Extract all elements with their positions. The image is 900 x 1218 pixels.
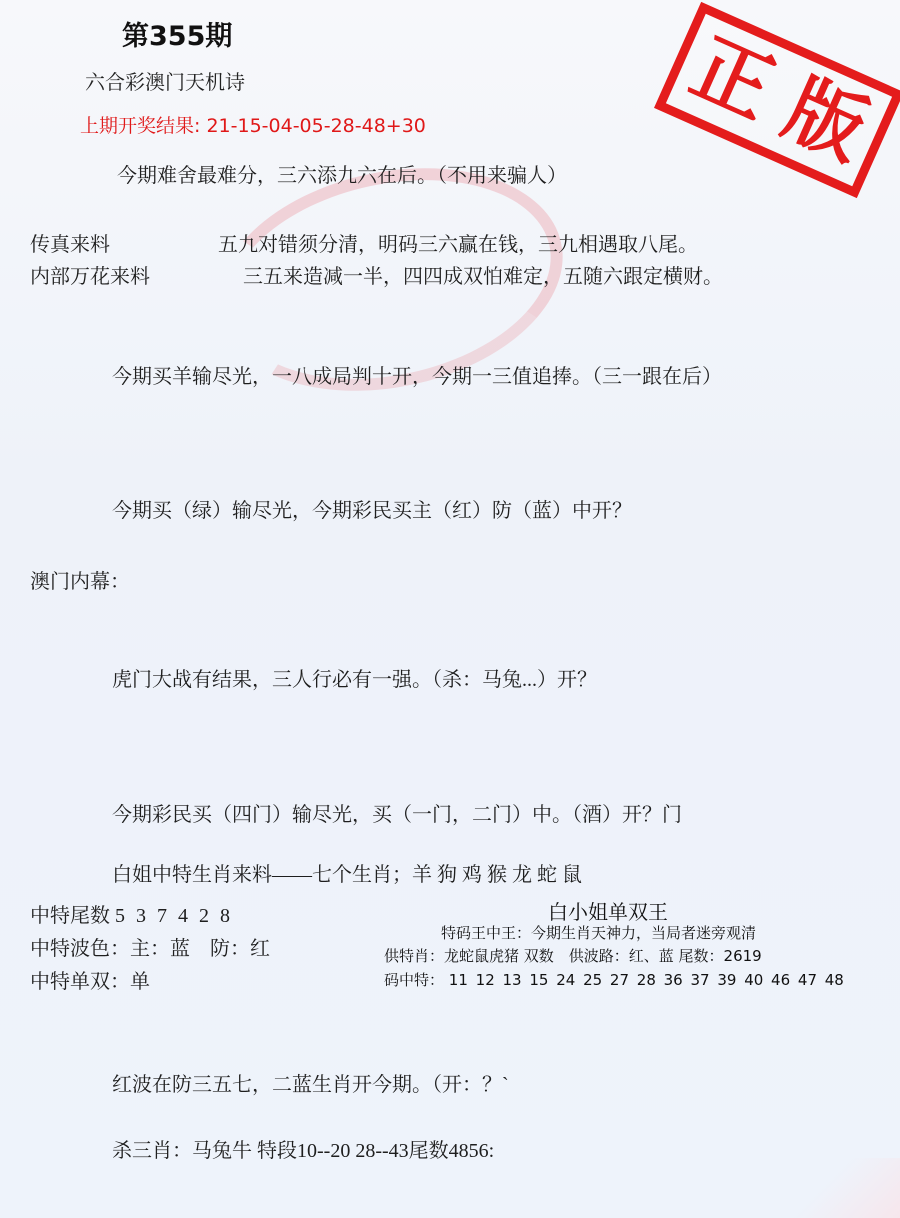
miss-bai-king-line: 特码王中王：今期生肖天神力，当局者迷旁观清 <box>441 922 756 943</box>
macau-inside-label: 澳门内幕： <box>30 565 130 594</box>
page-subtitle: 六合彩澳门天机诗 <box>85 66 245 95</box>
miss-bai-codes-label: 码中特： <box>384 971 444 989</box>
line-green: 今期买（绿）输尽光，今期彩民买主（红）防（蓝）中开？ <box>112 494 632 523</box>
line-red-wave: 红波在防三五七，二蓝生肖开今期。（开：？` <box>112 1068 509 1097</box>
line-tiger: 虎门大战有结果，三人行必有一强。（杀：马兔...）开？ <box>112 663 597 692</box>
stamp-char-2: 版 <box>774 69 877 172</box>
last-result: 上期开奖结果: 21-15-04-05-28-48+30 <box>80 111 426 138</box>
special-tail-values: 5 3 7 4 2 8 <box>115 905 233 927</box>
special-wave-label: 中特波色： <box>30 938 130 960</box>
line-miss-bai-zodiac: 白姐中特生肖来料——七个生肖；羊 狗 鸡 猴 龙 蛇 鼠 <box>112 858 582 887</box>
last-result-numbers: 21-15-04-05-28-48+30 <box>206 115 425 137</box>
special-tail-label: 中特尾数 <box>30 905 110 927</box>
source-label-fax: 传真来料 <box>30 228 110 257</box>
stamp-char-1: 正 <box>681 28 784 131</box>
miss-bai-codes: 码中特： 11 12 13 15 24 25 27 28 36 37 39 40… <box>384 969 844 990</box>
poem-line-1: 今期难舍最难分，三六添九六在后。（不用来骗人） <box>117 159 567 188</box>
source-text-internal: 三五来造减一半，四四成双怕难定，五随六跟定横财。 <box>243 260 723 289</box>
authentic-stamp: 正 版 <box>654 2 900 198</box>
line-sheep: 今期买羊输尽光，一八成局判十开，今期一三值追捧。（三一跟在后） <box>112 360 722 389</box>
special-wave: 中特波色：主：蓝 防：红 <box>30 932 270 961</box>
special-tail: 中特尾数 5 3 7 4 2 8 <box>30 899 233 928</box>
special-odd-even-value: 单 <box>130 971 150 993</box>
corner-decoration <box>780 1158 900 1218</box>
line-four-doors: 今期彩民买（四门）输尽光，买（一门，二门）中。（酒）开？门 <box>112 798 682 827</box>
miss-bai-box-title: 白小姐单双王 <box>548 896 668 925</box>
source-label-internal: 内部万花来料 <box>30 260 150 289</box>
issue-number: 第355期 <box>122 14 232 53</box>
last-result-label: 上期开奖结果: <box>80 115 200 137</box>
source-text-fax: 五九对错须分清，明码三六赢在钱，三九相遇取八尾。 <box>218 228 698 257</box>
special-odd-even: 中特单双：单 <box>30 965 150 994</box>
miss-bai-supply-line: 供特肖：龙蛇鼠虎猪 双数 供波路：红、蓝 尾数：2619 <box>384 945 762 966</box>
line-kill-three: 杀三肖：马兔牛 特段10--20 28--43尾数4856: <box>112 1134 494 1163</box>
special-odd-even-label: 中特单双： <box>30 971 130 993</box>
miss-bai-codes-values: 11 12 13 15 24 25 27 28 36 37 39 40 46 4… <box>449 971 844 989</box>
special-wave-value: 主：蓝 防：红 <box>130 938 270 960</box>
